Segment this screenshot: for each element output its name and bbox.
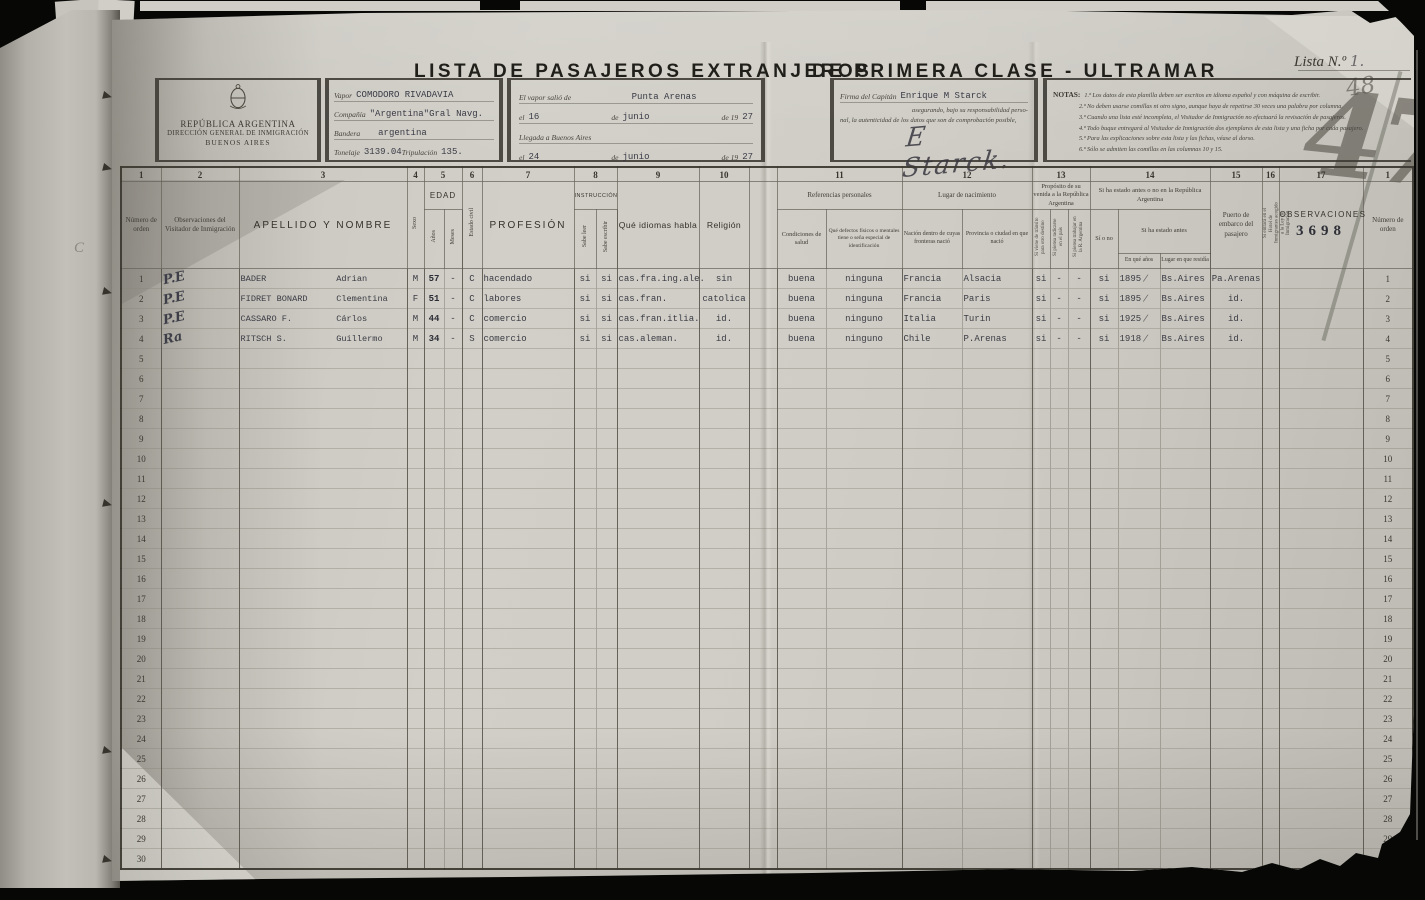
cell-religion bbox=[699, 709, 749, 729]
cell-sp bbox=[749, 269, 777, 289]
cell-obs bbox=[1279, 269, 1363, 289]
cell-profesion bbox=[482, 549, 574, 569]
header-spacer-column bbox=[749, 182, 777, 269]
cell-estado bbox=[462, 409, 482, 429]
col-num: 2 bbox=[161, 167, 239, 182]
cell-provincia bbox=[962, 849, 1032, 870]
nota-item: 2.ª No deben usarse comillas ni otro sig… bbox=[1079, 102, 1405, 113]
el-label: el bbox=[519, 153, 524, 162]
cell-p3 bbox=[1068, 449, 1090, 469]
cell-obs bbox=[1279, 429, 1363, 449]
cell-antes bbox=[1090, 449, 1118, 469]
cell-lee bbox=[574, 549, 596, 569]
cell-num: 14 bbox=[121, 529, 161, 549]
cell-religion bbox=[699, 789, 749, 809]
cell-profesion bbox=[482, 629, 574, 649]
cell-numR: 18 bbox=[1363, 609, 1413, 629]
salida-year: 27 bbox=[742, 112, 753, 122]
salida-day: 16 bbox=[528, 112, 539, 122]
cell-lee: si bbox=[574, 309, 596, 329]
cell-provincia bbox=[962, 589, 1032, 609]
cell-p2: - bbox=[1050, 329, 1068, 349]
cell-sp bbox=[749, 589, 777, 609]
salida-month: junio bbox=[622, 112, 649, 122]
header-proposito-sub3: Si piensa trabajar en la R. Argentina bbox=[1068, 210, 1090, 269]
cell-hotel bbox=[1262, 609, 1279, 629]
cell-profesion bbox=[482, 589, 574, 609]
cell-anios: 1918/ bbox=[1118, 329, 1160, 349]
cell-religion bbox=[699, 509, 749, 529]
nota-item: 6.ª Sólo se admiten las comillas en las … bbox=[1079, 145, 1405, 156]
cell-puerto bbox=[1210, 509, 1262, 529]
cell-defectos bbox=[826, 669, 902, 689]
table-row: 2727 bbox=[121, 789, 1413, 809]
cell-escribe bbox=[596, 629, 617, 649]
cell-idiomas bbox=[617, 609, 699, 629]
cell-sexo bbox=[407, 589, 424, 609]
cell-nacion bbox=[902, 609, 962, 629]
cell-meses bbox=[444, 529, 462, 549]
cell-puerto bbox=[1210, 429, 1262, 449]
cell-residia: Bs.Aires bbox=[1160, 329, 1210, 349]
cell-estado: C bbox=[462, 309, 482, 329]
agency-line1: REPÚBLICA ARGENTINA bbox=[159, 119, 317, 129]
cell-p3: - bbox=[1068, 309, 1090, 329]
cell-p1 bbox=[1032, 649, 1050, 669]
cell-anios bbox=[1118, 529, 1160, 549]
cell-sexo bbox=[407, 529, 424, 549]
cell-anos bbox=[424, 729, 444, 749]
cell-p2 bbox=[1050, 849, 1068, 870]
cell-idiomas bbox=[617, 409, 699, 429]
cell-name bbox=[239, 729, 407, 749]
cell-puerto bbox=[1210, 449, 1262, 469]
cell-p3 bbox=[1068, 349, 1090, 369]
cell-p2 bbox=[1050, 649, 1068, 669]
cell-meses bbox=[444, 589, 462, 609]
cell-meses bbox=[444, 429, 462, 449]
cell-anios bbox=[1118, 849, 1160, 870]
cell-hotel bbox=[1262, 789, 1279, 809]
cell-mark bbox=[161, 629, 239, 649]
nota-item: 1.ª Los datos de esta planilla deben ser… bbox=[1084, 92, 1320, 99]
cell-salud bbox=[777, 369, 826, 389]
cell-mark bbox=[161, 649, 239, 669]
cell-obs bbox=[1279, 749, 1363, 769]
cell-idiomas bbox=[617, 569, 699, 589]
cell-provincia bbox=[962, 369, 1032, 389]
header-numero-orden: Número de orden bbox=[121, 182, 161, 269]
captain-signature-field: Firma del Capitán Enrique M Starck bbox=[840, 85, 1028, 103]
cell-estado bbox=[462, 349, 482, 369]
cell-obs bbox=[1279, 329, 1363, 349]
cell-religion bbox=[699, 849, 749, 870]
cell-sexo bbox=[407, 689, 424, 709]
cell-estado bbox=[462, 569, 482, 589]
cell-obs bbox=[1279, 689, 1363, 709]
cell-puerto bbox=[1210, 409, 1262, 429]
header-referencias: Referencias personales bbox=[777, 182, 902, 210]
cell-antes bbox=[1090, 629, 1118, 649]
cell-religion bbox=[699, 569, 749, 589]
cell-idiomas bbox=[617, 489, 699, 509]
cell-provincia bbox=[962, 469, 1032, 489]
cell-antes bbox=[1090, 429, 1118, 449]
cell-provincia bbox=[962, 789, 1032, 809]
cell-puerto bbox=[1210, 849, 1262, 870]
col-num: 8 bbox=[574, 167, 617, 182]
cell-num: 29 bbox=[121, 829, 161, 849]
cell-obs bbox=[1279, 849, 1363, 870]
cell-sp bbox=[749, 609, 777, 629]
header-meses: Meses bbox=[444, 210, 462, 269]
table-row: 1212 bbox=[121, 489, 1413, 509]
cell-lee bbox=[574, 349, 596, 369]
cell-escribe: si bbox=[596, 329, 617, 349]
col-num: 1 bbox=[121, 167, 161, 182]
cell-nacion bbox=[902, 349, 962, 369]
cell-p1 bbox=[1032, 609, 1050, 629]
cell-p1 bbox=[1032, 729, 1050, 749]
cell-escribe bbox=[596, 429, 617, 449]
cell-mark bbox=[161, 349, 239, 369]
cell-escribe bbox=[596, 849, 617, 870]
col-num: 7 bbox=[482, 167, 574, 182]
cell-p1 bbox=[1032, 349, 1050, 369]
cell-puerto: id. bbox=[1210, 329, 1262, 349]
table-row: 1919 bbox=[121, 629, 1413, 649]
cell-residia bbox=[1160, 469, 1210, 489]
column-number-row: 1 2 3 4 5 6 7 8 9 10 11 12 13 14 15 16 bbox=[121, 167, 1413, 182]
cell-residia: Bs.Aires bbox=[1160, 289, 1210, 309]
cell-idiomas bbox=[617, 589, 699, 609]
cell-estado bbox=[462, 489, 482, 509]
cell-meses bbox=[444, 789, 462, 809]
header-condiciones-salud: Condiciones de salud bbox=[777, 210, 826, 269]
cell-idiomas bbox=[617, 369, 699, 389]
cell-num: 30 bbox=[121, 849, 161, 870]
cell-anos bbox=[424, 849, 444, 870]
cell-lee bbox=[574, 589, 596, 609]
cell-antes bbox=[1090, 709, 1118, 729]
cell-numR: 1 bbox=[1363, 269, 1413, 289]
cell-numR: 28 bbox=[1363, 809, 1413, 829]
de19-label: de 19 bbox=[722, 153, 739, 162]
cell-sp bbox=[749, 389, 777, 409]
cell-hotel bbox=[1262, 709, 1279, 729]
cell-religion bbox=[699, 529, 749, 549]
cell-salud bbox=[777, 649, 826, 669]
cell-anos bbox=[424, 749, 444, 769]
cell-anios bbox=[1118, 449, 1160, 469]
cell-numR: 13 bbox=[1363, 509, 1413, 529]
cell-escribe bbox=[596, 449, 617, 469]
cell-p1 bbox=[1032, 669, 1050, 689]
cell-hotel bbox=[1262, 549, 1279, 569]
cell-idiomas bbox=[617, 769, 699, 789]
cell-profesion bbox=[482, 609, 574, 629]
cell-nacion bbox=[902, 669, 962, 689]
cell-hotel bbox=[1262, 449, 1279, 469]
cell-provincia: Paris bbox=[962, 289, 1032, 309]
visitador-mark: Ra bbox=[161, 330, 183, 347]
cell-salud bbox=[777, 529, 826, 549]
cell-sp bbox=[749, 649, 777, 669]
cell-lee bbox=[574, 729, 596, 749]
cell-estado: C bbox=[462, 289, 482, 309]
cell-name: CASSARO F.Cárlos bbox=[239, 309, 407, 329]
document-page: LISTA DE PASAJEROS EXTRANJEROS DE PRIMER… bbox=[112, 8, 1414, 886]
header-numero-orden-right: Número de orden bbox=[1363, 182, 1413, 269]
cell-p2 bbox=[1050, 689, 1068, 709]
table-row: 2222 bbox=[121, 689, 1413, 709]
cell-profesion bbox=[482, 849, 574, 870]
cell-sp bbox=[749, 849, 777, 870]
cell-idiomas: cas.fran. bbox=[617, 289, 699, 309]
cell-estado bbox=[462, 549, 482, 569]
cell-provincia bbox=[962, 729, 1032, 749]
cell-anios bbox=[1118, 809, 1160, 829]
cell-p3 bbox=[1068, 429, 1090, 449]
cell-num: 15 bbox=[121, 549, 161, 569]
cell-p1 bbox=[1032, 489, 1050, 509]
vapor-value: COMODORO RIVADAVIA bbox=[356, 90, 453, 100]
cell-salud bbox=[777, 509, 826, 529]
header-proposito: Propósito de su venida a la República Ar… bbox=[1032, 182, 1090, 210]
cell-profesion bbox=[482, 789, 574, 809]
cell-sp bbox=[749, 789, 777, 809]
cell-residia bbox=[1160, 829, 1210, 849]
cell-estado bbox=[462, 509, 482, 529]
cell-idiomas bbox=[617, 469, 699, 489]
cell-lee bbox=[574, 489, 596, 509]
cell-defectos: ninguna bbox=[826, 269, 902, 289]
cell-p1 bbox=[1032, 629, 1050, 649]
cell-idiomas: cas.aleman. bbox=[617, 329, 699, 349]
cell-sp bbox=[749, 569, 777, 589]
cell-sexo bbox=[407, 549, 424, 569]
nota-item: 3.ª Cuando una lista esté incompleta, el… bbox=[1079, 113, 1405, 124]
cell-anos bbox=[424, 709, 444, 729]
table-row: 2525 bbox=[121, 749, 1413, 769]
cell-antes bbox=[1090, 549, 1118, 569]
cell-escribe bbox=[596, 389, 617, 409]
cell-anos: 57 bbox=[424, 269, 444, 289]
cell-hotel bbox=[1262, 309, 1279, 329]
cell-mark bbox=[161, 669, 239, 689]
cell-p2 bbox=[1050, 489, 1068, 509]
col-num: 6 bbox=[462, 167, 482, 182]
cell-antes bbox=[1090, 469, 1118, 489]
cell-nacion bbox=[902, 389, 962, 409]
cell-sp bbox=[749, 509, 777, 529]
cell-antes bbox=[1090, 529, 1118, 549]
cell-antes: si bbox=[1090, 269, 1118, 289]
cell-antes bbox=[1090, 369, 1118, 389]
margin-mark: C bbox=[74, 240, 84, 257]
cell-lee bbox=[574, 429, 596, 449]
cell-p3 bbox=[1068, 369, 1090, 389]
cell-puerto bbox=[1210, 569, 1262, 589]
cell-religion bbox=[699, 489, 749, 509]
cell-nacion: Francia bbox=[902, 269, 962, 289]
cell-p3 bbox=[1068, 849, 1090, 870]
cell-num: 23 bbox=[121, 709, 161, 729]
cell-idiomas bbox=[617, 829, 699, 849]
cell-defectos bbox=[826, 449, 902, 469]
cell-provincia bbox=[962, 409, 1032, 429]
cell-sp bbox=[749, 669, 777, 689]
cell-antes: si bbox=[1090, 289, 1118, 309]
cell-escribe bbox=[596, 409, 617, 429]
cell-estado: S bbox=[462, 329, 482, 349]
cell-escribe bbox=[596, 509, 617, 529]
cell-residia bbox=[1160, 409, 1210, 429]
cell-obs bbox=[1279, 649, 1363, 669]
cell-puerto bbox=[1210, 349, 1262, 369]
col-num: 15 bbox=[1210, 167, 1262, 182]
cell-residia bbox=[1160, 689, 1210, 709]
cell-p1 bbox=[1032, 469, 1050, 489]
cell-mark bbox=[161, 369, 239, 389]
cell-lee bbox=[574, 829, 596, 849]
cell-nacion: Chile bbox=[902, 329, 962, 349]
cell-name bbox=[239, 549, 407, 569]
bandera-label: Bandera bbox=[334, 129, 360, 138]
cell-p1 bbox=[1032, 569, 1050, 589]
cell-anos bbox=[424, 549, 444, 569]
cell-p2 bbox=[1050, 629, 1068, 649]
cell-anos bbox=[424, 789, 444, 809]
cell-name bbox=[239, 429, 407, 449]
cell-num: 16 bbox=[121, 569, 161, 589]
cell-provincia bbox=[962, 549, 1032, 569]
cell-profesion bbox=[482, 389, 574, 409]
cell-numR: 21 bbox=[1363, 669, 1413, 689]
cell-anios bbox=[1118, 749, 1160, 769]
cell-p2 bbox=[1050, 609, 1068, 629]
cell-mark bbox=[161, 409, 239, 429]
header-apellido-nombre: APELLIDO Y NOMBRE bbox=[239, 182, 407, 269]
cell-anios bbox=[1118, 649, 1160, 669]
cell-profesion bbox=[482, 429, 574, 449]
cell-religion bbox=[699, 349, 749, 369]
cell-obs bbox=[1279, 609, 1363, 629]
cell-numR: 20 bbox=[1363, 649, 1413, 669]
cell-num: 3 bbox=[121, 309, 161, 329]
cell-estado bbox=[462, 769, 482, 789]
cell-p3 bbox=[1068, 709, 1090, 729]
cell-residia bbox=[1160, 529, 1210, 549]
cell-puerto bbox=[1210, 489, 1262, 509]
cell-profesion bbox=[482, 509, 574, 529]
cell-p2 bbox=[1050, 809, 1068, 829]
cell-provincia bbox=[962, 449, 1032, 469]
cell-numR: 16 bbox=[1363, 569, 1413, 589]
cell-name: FIDRET BONARDClementina bbox=[239, 289, 407, 309]
agency-box: REPÚBLICA ARGENTINA DIRECCIÓN GENERAL DE… bbox=[155, 78, 321, 162]
cell-p1 bbox=[1032, 769, 1050, 789]
cell-p1 bbox=[1032, 749, 1050, 769]
cell-defectos bbox=[826, 489, 902, 509]
lista-value: 1. bbox=[1350, 52, 1364, 70]
cell-num: 6 bbox=[121, 369, 161, 389]
cell-profesion bbox=[482, 489, 574, 509]
cell-sexo bbox=[407, 709, 424, 729]
cell-hotel bbox=[1262, 369, 1279, 389]
cell-numR: 8 bbox=[1363, 409, 1413, 429]
cell-anos bbox=[424, 609, 444, 629]
cell-idiomas bbox=[617, 649, 699, 669]
cell-obs bbox=[1279, 629, 1363, 649]
header-si-ha-estado: Si ha estado antes bbox=[1118, 210, 1210, 254]
col-num: 16 bbox=[1262, 167, 1279, 182]
cell-p3 bbox=[1068, 729, 1090, 749]
cell-estado bbox=[462, 469, 482, 489]
cell-p2: - bbox=[1050, 309, 1068, 329]
cell-religion bbox=[699, 809, 749, 829]
cell-numR: 17 bbox=[1363, 589, 1413, 609]
cell-salud: buena bbox=[777, 269, 826, 289]
cell-mark bbox=[161, 609, 239, 629]
cell-defectos bbox=[826, 709, 902, 729]
cell-hotel bbox=[1262, 749, 1279, 769]
cell-profesion bbox=[482, 369, 574, 389]
cell-p3 bbox=[1068, 609, 1090, 629]
cell-antes bbox=[1090, 729, 1118, 749]
compania-value: "Argentina"Gral Navg. bbox=[370, 109, 483, 119]
cell-lee bbox=[574, 749, 596, 769]
header-observaciones-visitador: Observaciones del Visitador de Inmigraci… bbox=[161, 182, 239, 269]
cell-defectos bbox=[826, 769, 902, 789]
cell-antes bbox=[1090, 789, 1118, 809]
cell-hotel bbox=[1262, 289, 1279, 309]
cell-anios: 1925/ bbox=[1118, 309, 1160, 329]
cell-num: 7 bbox=[121, 389, 161, 409]
captain-oath-line1: asegurando, bajo su responsabilidad pers… bbox=[840, 107, 1028, 114]
cell-mark bbox=[161, 489, 239, 509]
cell-meses bbox=[444, 669, 462, 689]
cell-meses bbox=[444, 569, 462, 589]
cell-estado bbox=[462, 389, 482, 409]
cell-mark bbox=[161, 689, 239, 709]
cell-lee: si bbox=[574, 289, 596, 309]
cell-defectos: ninguno bbox=[826, 309, 902, 329]
cell-numR: 11 bbox=[1363, 469, 1413, 489]
cell-obs bbox=[1279, 829, 1363, 849]
table-row: 1414 bbox=[121, 529, 1413, 549]
cell-anios bbox=[1118, 669, 1160, 689]
cell-estado bbox=[462, 629, 482, 649]
cell-salud bbox=[777, 749, 826, 769]
cell-provincia bbox=[962, 829, 1032, 849]
cell-anos bbox=[424, 569, 444, 589]
cell-mark bbox=[161, 729, 239, 749]
cell-p1 bbox=[1032, 829, 1050, 849]
cell-name bbox=[239, 589, 407, 609]
cell-p3 bbox=[1068, 789, 1090, 809]
cell-p2 bbox=[1050, 389, 1068, 409]
cell-num: 20 bbox=[121, 649, 161, 669]
cell-salud bbox=[777, 609, 826, 629]
cell-defectos bbox=[826, 609, 902, 629]
cell-puerto bbox=[1210, 609, 1262, 629]
cell-sexo bbox=[407, 769, 424, 789]
cell-escribe bbox=[596, 529, 617, 549]
cell-escribe bbox=[596, 649, 617, 669]
table-row: 1P.EBADERAdrianM57-Chacendadosisicas.fra… bbox=[121, 269, 1413, 289]
cell-lee bbox=[574, 809, 596, 829]
